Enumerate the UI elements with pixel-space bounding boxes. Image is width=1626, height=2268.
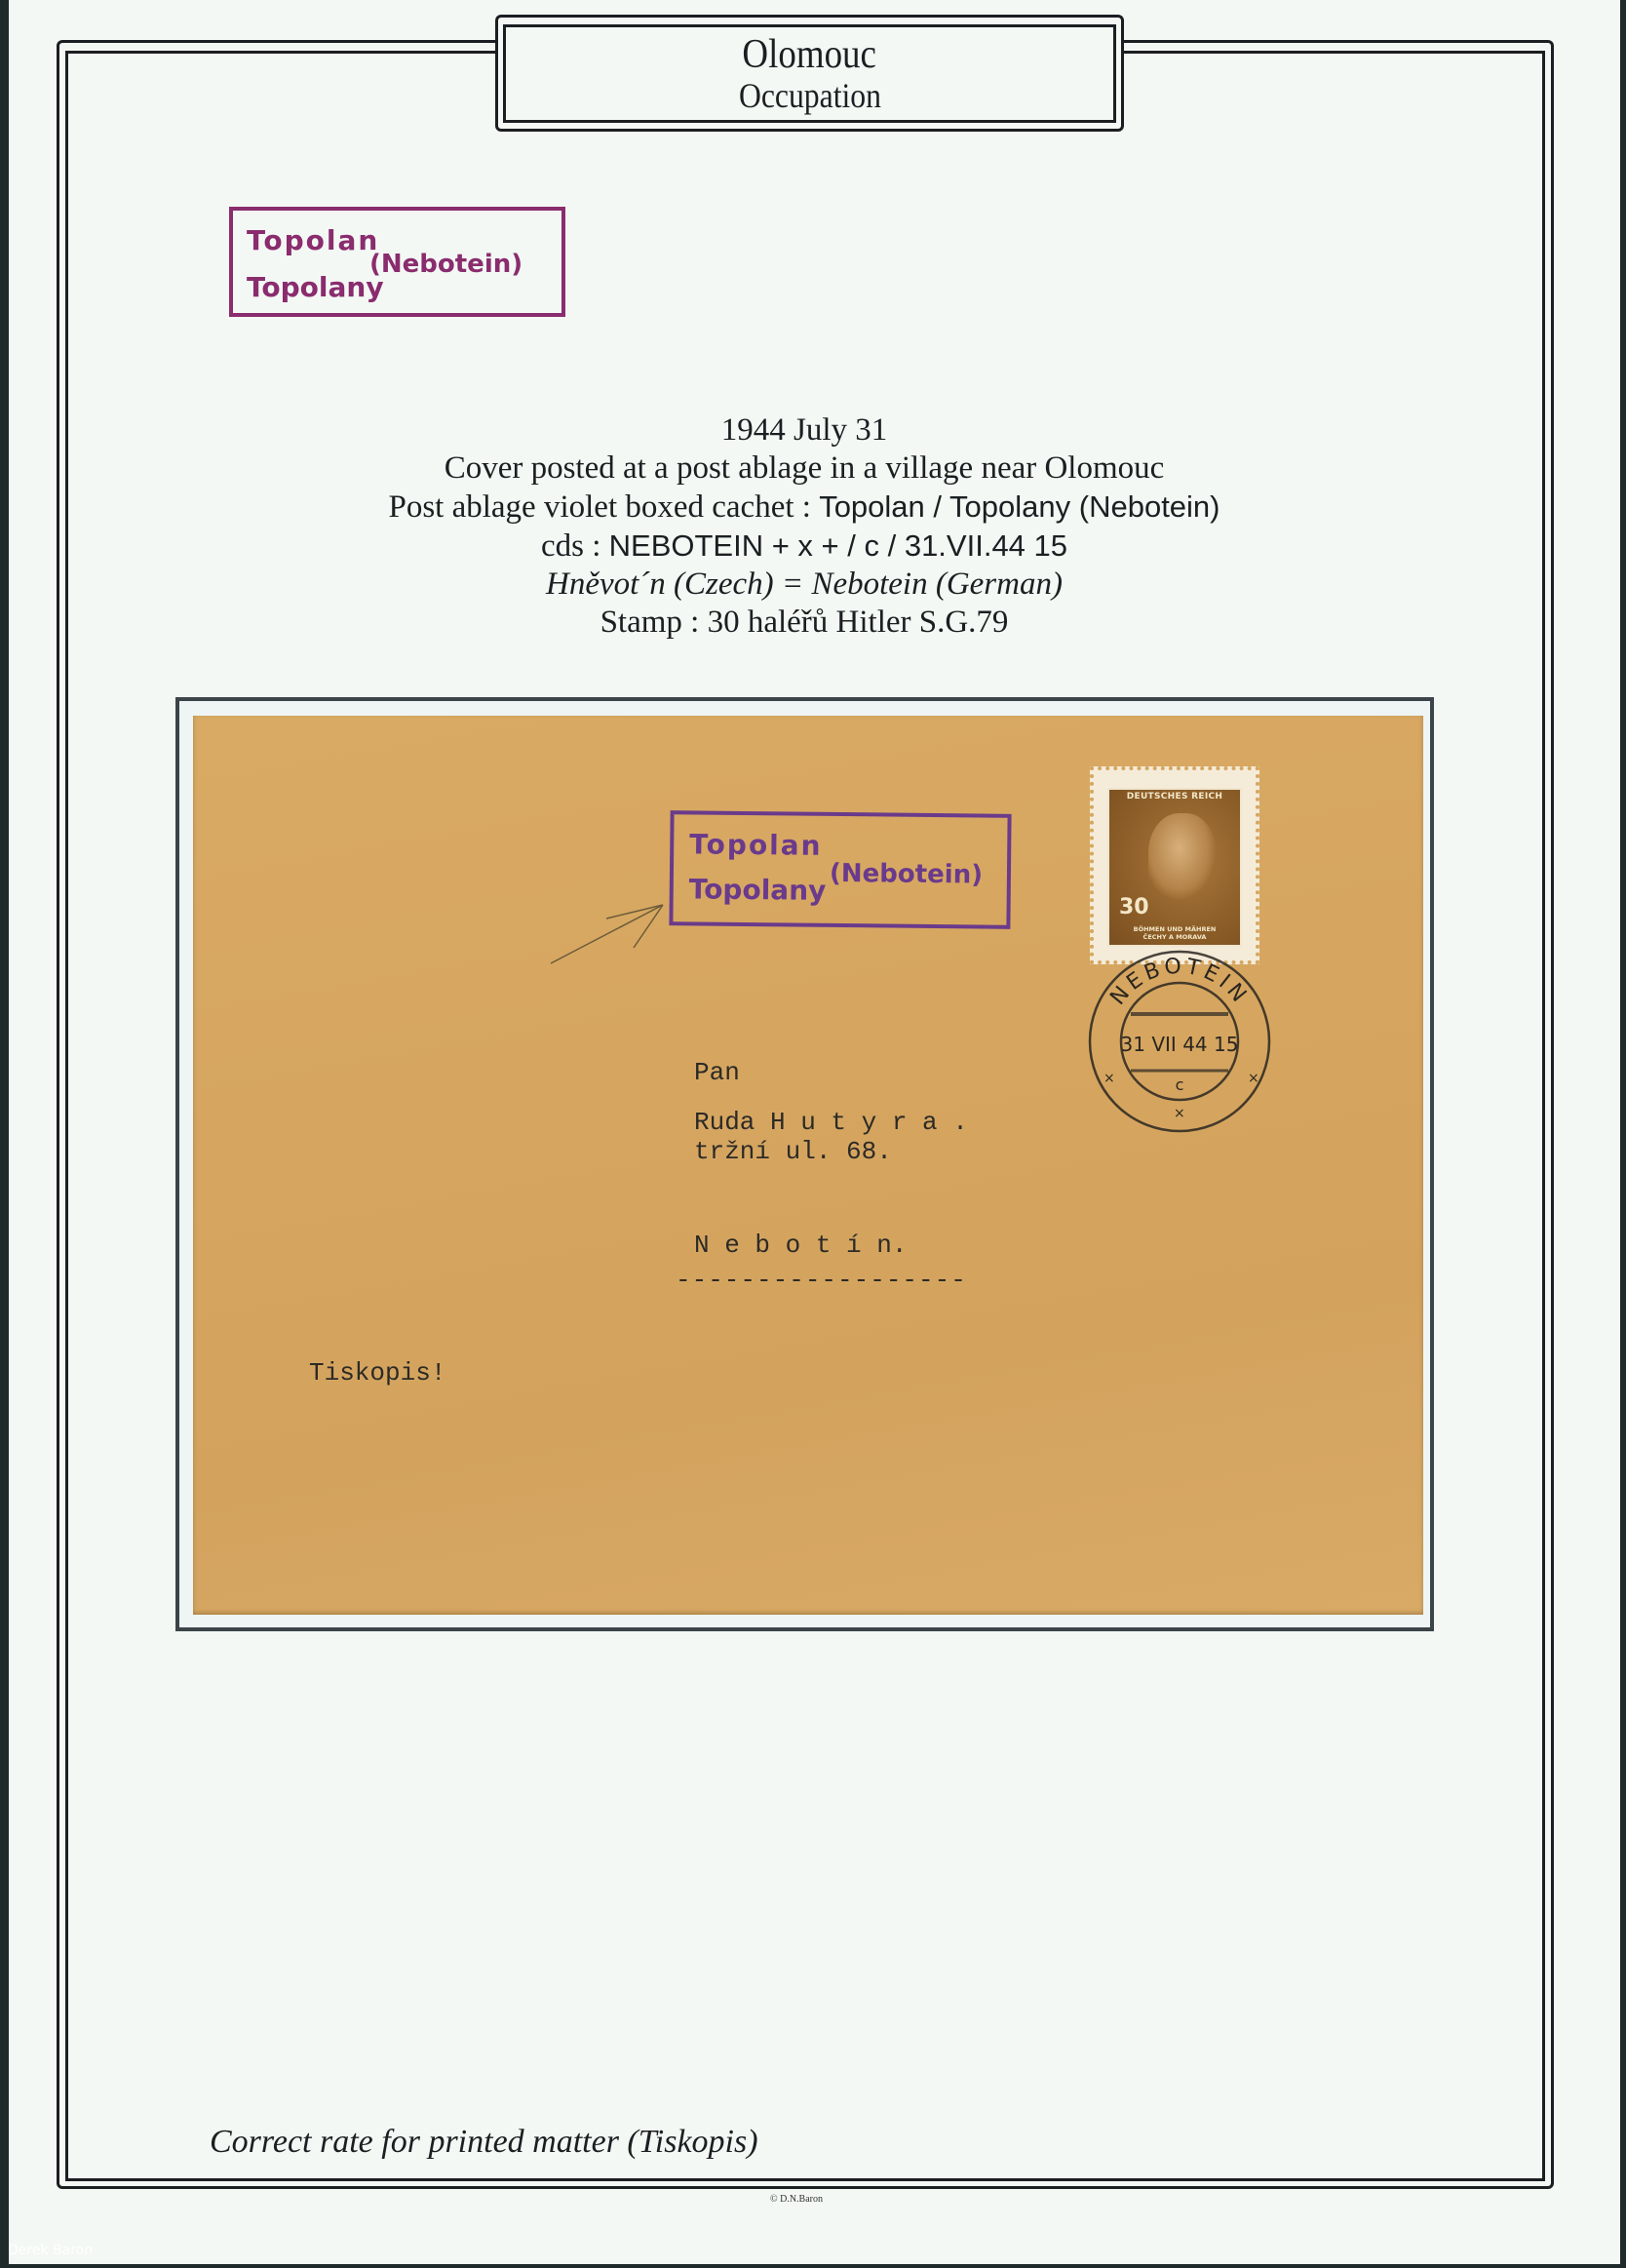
svg-text:×: ×: [1174, 1106, 1185, 1121]
description-line3-prefix: cds :: [541, 528, 609, 564]
stamp-portrait-icon: [1148, 813, 1217, 901]
stamp-footer-line2: ČECHY A MORAVA: [1109, 933, 1240, 941]
stamp-design: DEUTSCHES REICH 30 BÖHMEN UND MÄHREN ČEC…: [1107, 788, 1242, 947]
description-date: 1944 July 31: [97, 411, 1511, 450]
address-name: Ruda H u t y r a .: [694, 1108, 968, 1137]
stamp-footer-line1: BÖHMEN UND MÄHREN: [1109, 925, 1240, 933]
cachet-line-topolany: Topolany: [247, 271, 384, 303]
address-town: N e b o t í n.: [694, 1231, 907, 1260]
cover-cachet: Topolan Topolany (Nebotein): [669, 810, 1011, 929]
pencil-arrow-icon: [536, 887, 682, 980]
svg-text:×: ×: [1248, 1071, 1259, 1086]
title-box-inner: Olomouc Occupation: [503, 24, 1116, 123]
scan-edge-right: [1620, 0, 1626, 2268]
cachet-line-nebotein: (Nebotein): [369, 250, 523, 279]
cover-cachet-line-topolany: Topolany: [689, 873, 827, 906]
stamp-header: DEUTSCHES REICH: [1109, 792, 1240, 802]
description-line4: Hněvot´n (Czech) = Nebotein (German): [97, 566, 1511, 604]
description-line1: Cover posted at a post ablage in a villa…: [97, 450, 1511, 488]
copyright-notice: © D.N.Baron: [770, 2194, 823, 2205]
cover-cachet-line-topolan: Topolan: [689, 828, 823, 861]
page-title: Olomouc: [743, 33, 877, 76]
description-line3: cds : NEBOTEIN + x + / c / 31.VII.44 15: [97, 527, 1511, 566]
description-line2: Post ablage violet boxed cachet : Topola…: [97, 488, 1511, 527]
postmark-date: 31 VII 44 15: [1121, 1033, 1239, 1056]
postmark-letter: c: [1176, 1075, 1184, 1094]
scan-edge-left: [0, 0, 9, 2268]
scan-edge-bottom: [0, 2264, 1626, 2268]
description-line2-value: Topolan / Topolany (Nebotein): [819, 489, 1219, 524]
page-cachet-illustration: Topolan Topolany (Nebotein): [229, 207, 565, 317]
address-street: tržní ul. 68.: [694, 1137, 892, 1166]
cover-cachet-line-nebotein: (Nebotein): [830, 859, 983, 890]
cachet-line-topolan: Topolan: [247, 224, 379, 256]
scan-watermark: Derek Baron: [8, 2243, 93, 2258]
printed-matter-note: Tiskopis!: [309, 1358, 445, 1388]
description-line3-value: NEBOTEIN + x + / c / 31.VII.44 15: [609, 528, 1067, 563]
postmark-cds: NEBOTEIN 31 VII 44 15 c × × ×: [1082, 944, 1277, 1139]
description-line2-prefix: Post ablage violet boxed cachet :: [388, 489, 819, 525]
svg-text:×: ×: [1103, 1071, 1115, 1086]
description-line5: Stamp : 30 haléřů Hitler S.G.79: [97, 604, 1511, 642]
stamp-footer: BÖHMEN UND MÄHREN ČECHY A MORAVA: [1109, 925, 1240, 941]
footer-caption: Correct rate for printed matter (Tiskopi…: [210, 2124, 758, 2161]
postage-stamp: DEUTSCHES REICH 30 BÖHMEN UND MÄHREN ČEC…: [1090, 766, 1259, 964]
address-underline: ------------------: [676, 1266, 967, 1295]
stamp-value: 30: [1119, 895, 1149, 919]
description-block: 1944 July 31 Cover posted at a post abla…: [97, 411, 1511, 642]
page-subtitle: Occupation: [738, 76, 880, 115]
address-salutation: Pan: [694, 1058, 740, 1087]
